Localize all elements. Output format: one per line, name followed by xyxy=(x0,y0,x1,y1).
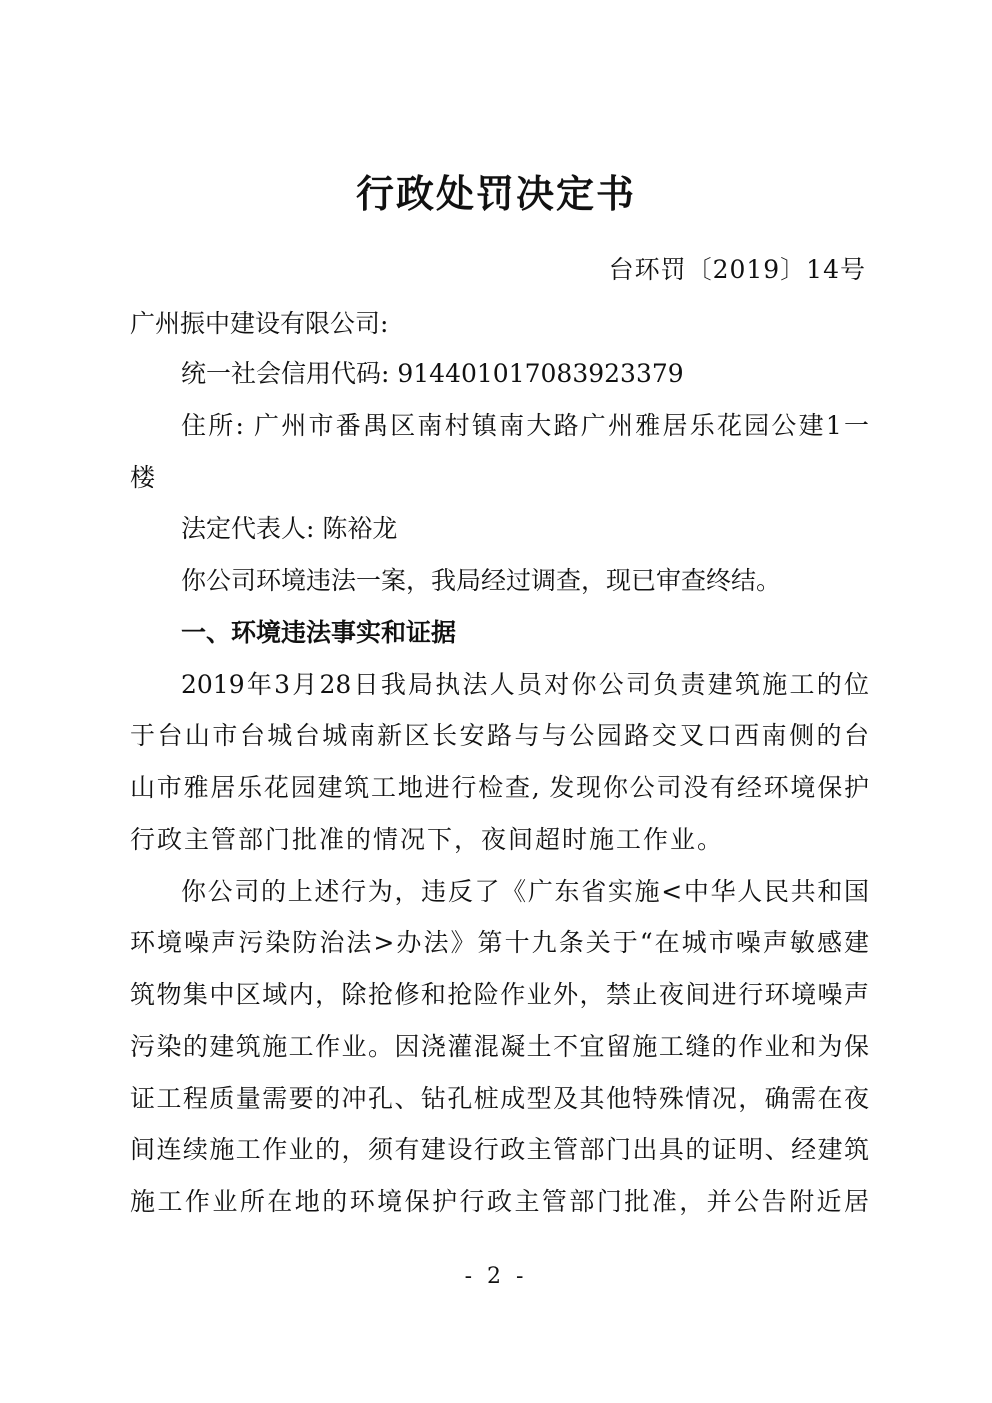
address-line-2: 楼 xyxy=(130,460,155,496)
paragraph-2-line: 你公司的上述行为，违反了《广东省实施<中华人民共和国 xyxy=(181,874,869,910)
document-title: 行政处罚决定书 xyxy=(0,168,992,220)
paragraph-2-line: 污染的建筑施工作业。因浇灌混凝土不宜留施工缝的作业和为保 xyxy=(130,1029,869,1065)
paragraph-1-line: 于台山市台城台城南新区长安路与与公园路交叉口西南侧的台 xyxy=(130,718,869,754)
paragraph-2-line: 间连续施工作业的，须有建设行政主管部门出具的证明、经建筑 xyxy=(130,1132,869,1168)
paragraph-2-line: 施工作业所在地的环境保护行政主管部门批准，并公告附近居 xyxy=(130,1184,869,1220)
document-page: 行政处罚决定书 台环罚〔2019〕14号 广州振中建设有限公司: 统一社会信用代… xyxy=(0,0,992,1403)
intro-line: 你公司环境违法一案，我局经过调查，现已审查终结。 xyxy=(181,563,781,599)
paragraph-1-line: 行政主管部门批准的情况下，夜间超时施工作业。 xyxy=(130,822,724,858)
address-line-1: 住所: 广州市番禺区南村镇南大路广州雅居乐花园公建1一 xyxy=(181,408,869,444)
credit-code-line: 统一社会信用代码: 914401017083923379 xyxy=(181,356,684,392)
section-1-heading: 一、环境违法事实和证据 xyxy=(181,615,456,651)
paragraph-1-line: 2019年3月28日我局执法人员对你公司负责建筑施工的位 xyxy=(181,667,869,703)
page-number: - 2 - xyxy=(0,1262,992,1292)
legal-representative-line: 法定代表人: 陈裕龙 xyxy=(181,511,397,547)
document-number: 台环罚〔2019〕14号 xyxy=(609,252,866,288)
paragraph-2-line: 证工程质量需要的冲孔、钻孔桩成型及其他特殊情况，确需在夜 xyxy=(130,1081,869,1117)
paragraph-2-line: 环境噪声污染防治法>办法》第十九条关于“在城市噪声敏感建 xyxy=(130,925,869,961)
recipient-line: 广州振中建设有限公司: xyxy=(130,306,388,342)
paragraph-2-line: 筑物集中区域内，除抢修和抢险作业外，禁止夜间进行环境噪声 xyxy=(130,977,869,1013)
paragraph-1-line: 山市雅居乐花园建筑工地进行检查, 发现你公司没有经环境保护 xyxy=(130,770,869,806)
